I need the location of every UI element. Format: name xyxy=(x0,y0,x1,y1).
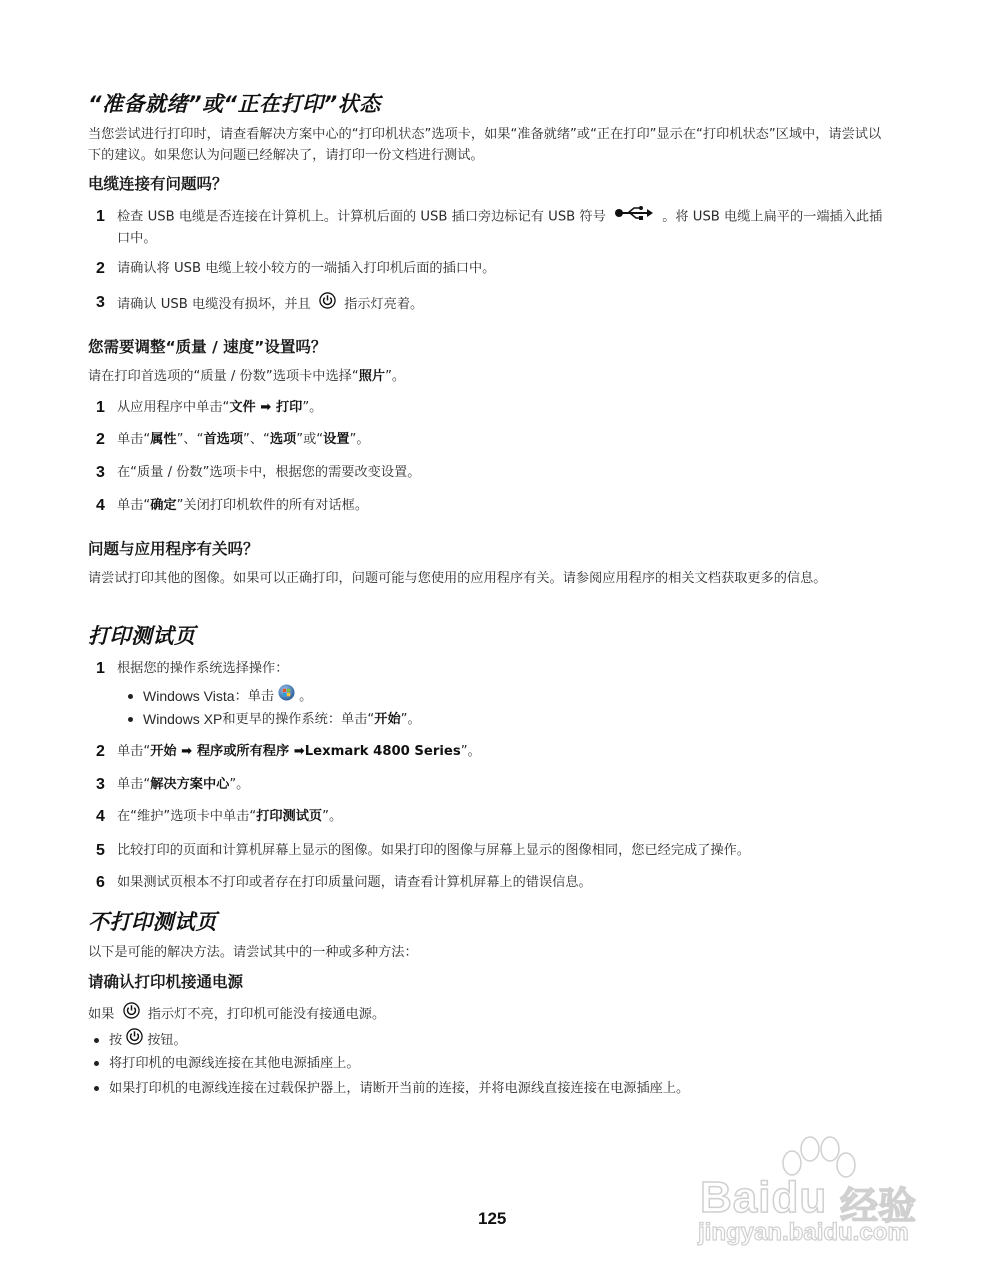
text: ”关闭打印机软件的所有对话框。 xyxy=(177,498,368,513)
step-text: 在“维护”选项卡中单击“打印测试页”。 xyxy=(117,806,891,827)
bullet-dot xyxy=(94,1086,99,1091)
os-bullet-xp: Windows XP 和更早的操作系统：单击“开始”。 xyxy=(128,709,421,730)
section-title-no-test-page: 不打印测试页 xyxy=(88,906,217,936)
step-number: 6 xyxy=(96,872,117,893)
bold-text: 文件 ➡ 打印 xyxy=(229,400,302,415)
bold-text: 照片 xyxy=(359,369,385,384)
os-bullet-vista: Windows Vista ：单击 。 xyxy=(128,684,312,708)
text: 指示灯不亮，打印机可能没有接通电源。 xyxy=(148,1007,385,1022)
test-step-3: 3 单击“解决方案中心”。 xyxy=(96,774,891,795)
section-intro: 当您尝试进行打印时，请查看解决方案中心的“打印机状态”选项卡，如果“准备就绪”或… xyxy=(88,124,888,166)
step-number: 4 xyxy=(96,495,117,516)
power-icon xyxy=(123,1002,140,1026)
windows-vista-start-icon xyxy=(278,684,295,708)
step-number: 3 xyxy=(96,292,117,316)
text: 单击“ xyxy=(117,432,150,447)
bullet-dot xyxy=(94,1061,99,1066)
heading-cable: 电缆连接有问题吗？ xyxy=(88,172,228,194)
power-icon xyxy=(126,1028,143,1052)
step-text: 单击“解决方案中心”。 xyxy=(117,774,891,795)
step-number: 4 xyxy=(96,806,117,827)
test-step-1: 1 根据您的操作系统选择操作： xyxy=(96,658,891,679)
step-text-a: 请确认 USB 电缆没有损坏，并且 xyxy=(117,297,311,312)
quality-step-1: 1 从应用程序中单击“文件 ➡ 打印”。 xyxy=(96,397,891,418)
step-text: 请确认将 USB 电缆上较小较方的一端插入打印机后面的插口中。 xyxy=(117,258,891,279)
section3-intro: 以下是可能的解决方法。请尝试其中的一种或多种方法： xyxy=(88,942,888,963)
test-step-5: 5 比较打印的页面和计算机屏幕上显示的图像。如果打印的图像与屏幕上显示的图像相同… xyxy=(96,840,891,861)
text: 如果打印机的电源线连接在过载保护器上，请断开当前的连接，并将电源线直接连接在电源… xyxy=(109,1078,689,1099)
text: 单击“ xyxy=(117,498,150,513)
step-text: 如果测试页根本不打印或者存在打印质量问题，请查看计算机屏幕上的错误信息。 xyxy=(117,872,891,893)
quality-step-4: 4 单击“确定”关闭打印机软件的所有对话框。 xyxy=(96,495,891,516)
power-bullet-1: 按 按钮。 xyxy=(94,1028,187,1052)
text: ”。 xyxy=(349,432,369,447)
text: 单击“ xyxy=(117,744,150,759)
page-number: 125 xyxy=(478,1209,506,1229)
text: ”、“ xyxy=(177,432,204,447)
watermark-url: jingyan.baidu.com xyxy=(698,1219,909,1247)
bold-text: 确定 xyxy=(150,498,176,513)
bold-text: 开始 xyxy=(374,709,400,730)
bullet-dot xyxy=(128,717,133,722)
text: ”。 xyxy=(322,809,342,824)
quality-intro: 请在打印首选项的“质量 / 份数”选项卡中选择“照片”。 xyxy=(88,366,888,387)
section-title-ready-printing: “准备就绪”或“正在打印”状态 xyxy=(88,88,381,118)
bold-text: 选项 xyxy=(270,432,296,447)
bullet-dot xyxy=(128,694,133,699)
bold-text: 开始 ➡ 程序或所有程序 ➡Lexmark 4800 Series xyxy=(150,744,460,759)
power-bullet-2: 将打印机的电源线连接在其他电源插座上。 xyxy=(94,1053,360,1074)
step-number: 5 xyxy=(96,840,117,861)
step-number: 1 xyxy=(96,206,117,249)
text: 。 xyxy=(299,686,312,707)
test-step-4: 4 在“维护”选项卡中单击“打印测试页”。 xyxy=(96,806,891,827)
text: ”。 xyxy=(229,777,249,792)
cable-step-3: 3 请确认 USB 电缆没有损坏，并且 指示灯亮着。 xyxy=(96,292,891,316)
step-text: 从应用程序中单击“文件 ➡ 打印”。 xyxy=(117,397,891,418)
bold-text: 打印测试页 xyxy=(256,809,322,824)
step-text: 检查 USB 电缆是否连接在计算机上。计算机后面的 USB 插口旁边标记有 US… xyxy=(117,206,891,249)
bold-text: 首选项 xyxy=(203,432,243,447)
step-number: 2 xyxy=(96,258,117,279)
power-text: 如果 指示灯不亮，打印机可能没有接通电源。 xyxy=(88,1002,888,1026)
bold-text: 解决方案中心 xyxy=(150,777,229,792)
text: 按 xyxy=(109,1030,122,1051)
step-number: 1 xyxy=(96,397,117,418)
step-text: 单击“开始 ➡ 程序或所有程序 ➡Lexmark 4800 Series”。 xyxy=(117,741,891,762)
cable-step-1: 1 检查 USB 电缆是否连接在计算机上。计算机后面的 USB 插口旁边标记有 … xyxy=(96,206,891,249)
text: ”、“ xyxy=(243,432,270,447)
watermark-logo: Baidu xyxy=(700,1173,827,1223)
text: 和更早的操作系统：单击“ xyxy=(222,709,374,730)
text: ”。 xyxy=(401,709,421,730)
usb-icon xyxy=(614,206,654,227)
quality-step-3: 3 在“质量 / 份数”选项卡中，根据您的需要改变设置。 xyxy=(96,462,891,483)
bullet-dot xyxy=(94,1038,99,1043)
text: 在“维护”选项卡中单击“ xyxy=(117,809,256,824)
text: 如果 xyxy=(88,1007,114,1022)
step-text: 在“质量 / 份数”选项卡中，根据您的需要改变设置。 xyxy=(117,462,891,483)
step-text: 单击“属性”、“首选项”、“选项”或“设置”。 xyxy=(117,429,891,450)
cable-step-2: 2 请确认将 USB 电缆上较小较方的一端插入打印机后面的插口中。 xyxy=(96,258,891,279)
text: 请在打印首选项的“质量 / 份数”选项卡中选择“ xyxy=(88,369,359,384)
step-number: 3 xyxy=(96,774,117,795)
quality-step-2: 2 单击“属性”、“首选项”、“选项”或“设置”。 xyxy=(96,429,891,450)
baidu-watermark: Baidu 经验 jingyan.baidu.com xyxy=(690,1135,930,1245)
text: ”。 xyxy=(461,744,481,759)
power-bullet-3: 如果打印机的电源线连接在过载保护器上，请断开当前的连接，并将电源线直接连接在电源… xyxy=(94,1078,689,1099)
step-text-b: 指示灯亮着。 xyxy=(344,297,423,312)
text: 从应用程序中单击“ xyxy=(117,400,229,415)
step-number: 2 xyxy=(96,741,117,762)
text: 单击“ xyxy=(117,777,150,792)
heading-quality: 您需要调整“质量 / 速度”设置吗？ xyxy=(88,335,326,357)
text: ”。 xyxy=(385,369,405,384)
power-icon xyxy=(319,292,336,316)
step-number: 1 xyxy=(96,658,117,679)
text: 将打印机的电源线连接在其他电源插座上。 xyxy=(109,1053,360,1074)
os-label: Windows Vista xyxy=(143,686,235,707)
application-text: 请尝试打印其他的图像。如果可以正确打印，问题可能与您使用的应用程序有关。请参阅应… xyxy=(88,568,888,589)
step-text: 单击“确定”关闭打印机软件的所有对话框。 xyxy=(117,495,891,516)
step-text-a: 检查 USB 电缆是否连接在计算机上。计算机后面的 USB 插口旁边标记有 US… xyxy=(117,210,606,225)
heading-power: 请确认打印机接通电源 xyxy=(88,970,243,992)
step-text: 请确认 USB 电缆没有损坏，并且 指示灯亮着。 xyxy=(117,292,891,316)
bold-text: 属性 xyxy=(150,432,176,447)
text: 按钮。 xyxy=(147,1030,187,1051)
text: ：单击 xyxy=(235,686,275,707)
test-step-2: 2 单击“开始 ➡ 程序或所有程序 ➡Lexmark 4800 Series”。 xyxy=(96,741,891,762)
step-number: 2 xyxy=(96,429,117,450)
text: ”。 xyxy=(302,400,322,415)
test-step-6: 6 如果测试页根本不打印或者存在打印质量问题，请查看计算机屏幕上的错误信息。 xyxy=(96,872,891,893)
step-number: 3 xyxy=(96,462,117,483)
step-text: 比较打印的页面和计算机屏幕上显示的图像。如果打印的图像与屏幕上显示的图像相同，您… xyxy=(117,840,891,861)
heading-application: 问题与应用程序有关吗？ xyxy=(88,537,259,559)
text: ”或“ xyxy=(296,432,323,447)
step-text: 根据您的操作系统选择操作： xyxy=(117,658,891,679)
bold-text: 设置 xyxy=(323,432,349,447)
os-label: Windows XP xyxy=(143,709,222,730)
section-title-print-test-page: 打印测试页 xyxy=(88,620,196,650)
